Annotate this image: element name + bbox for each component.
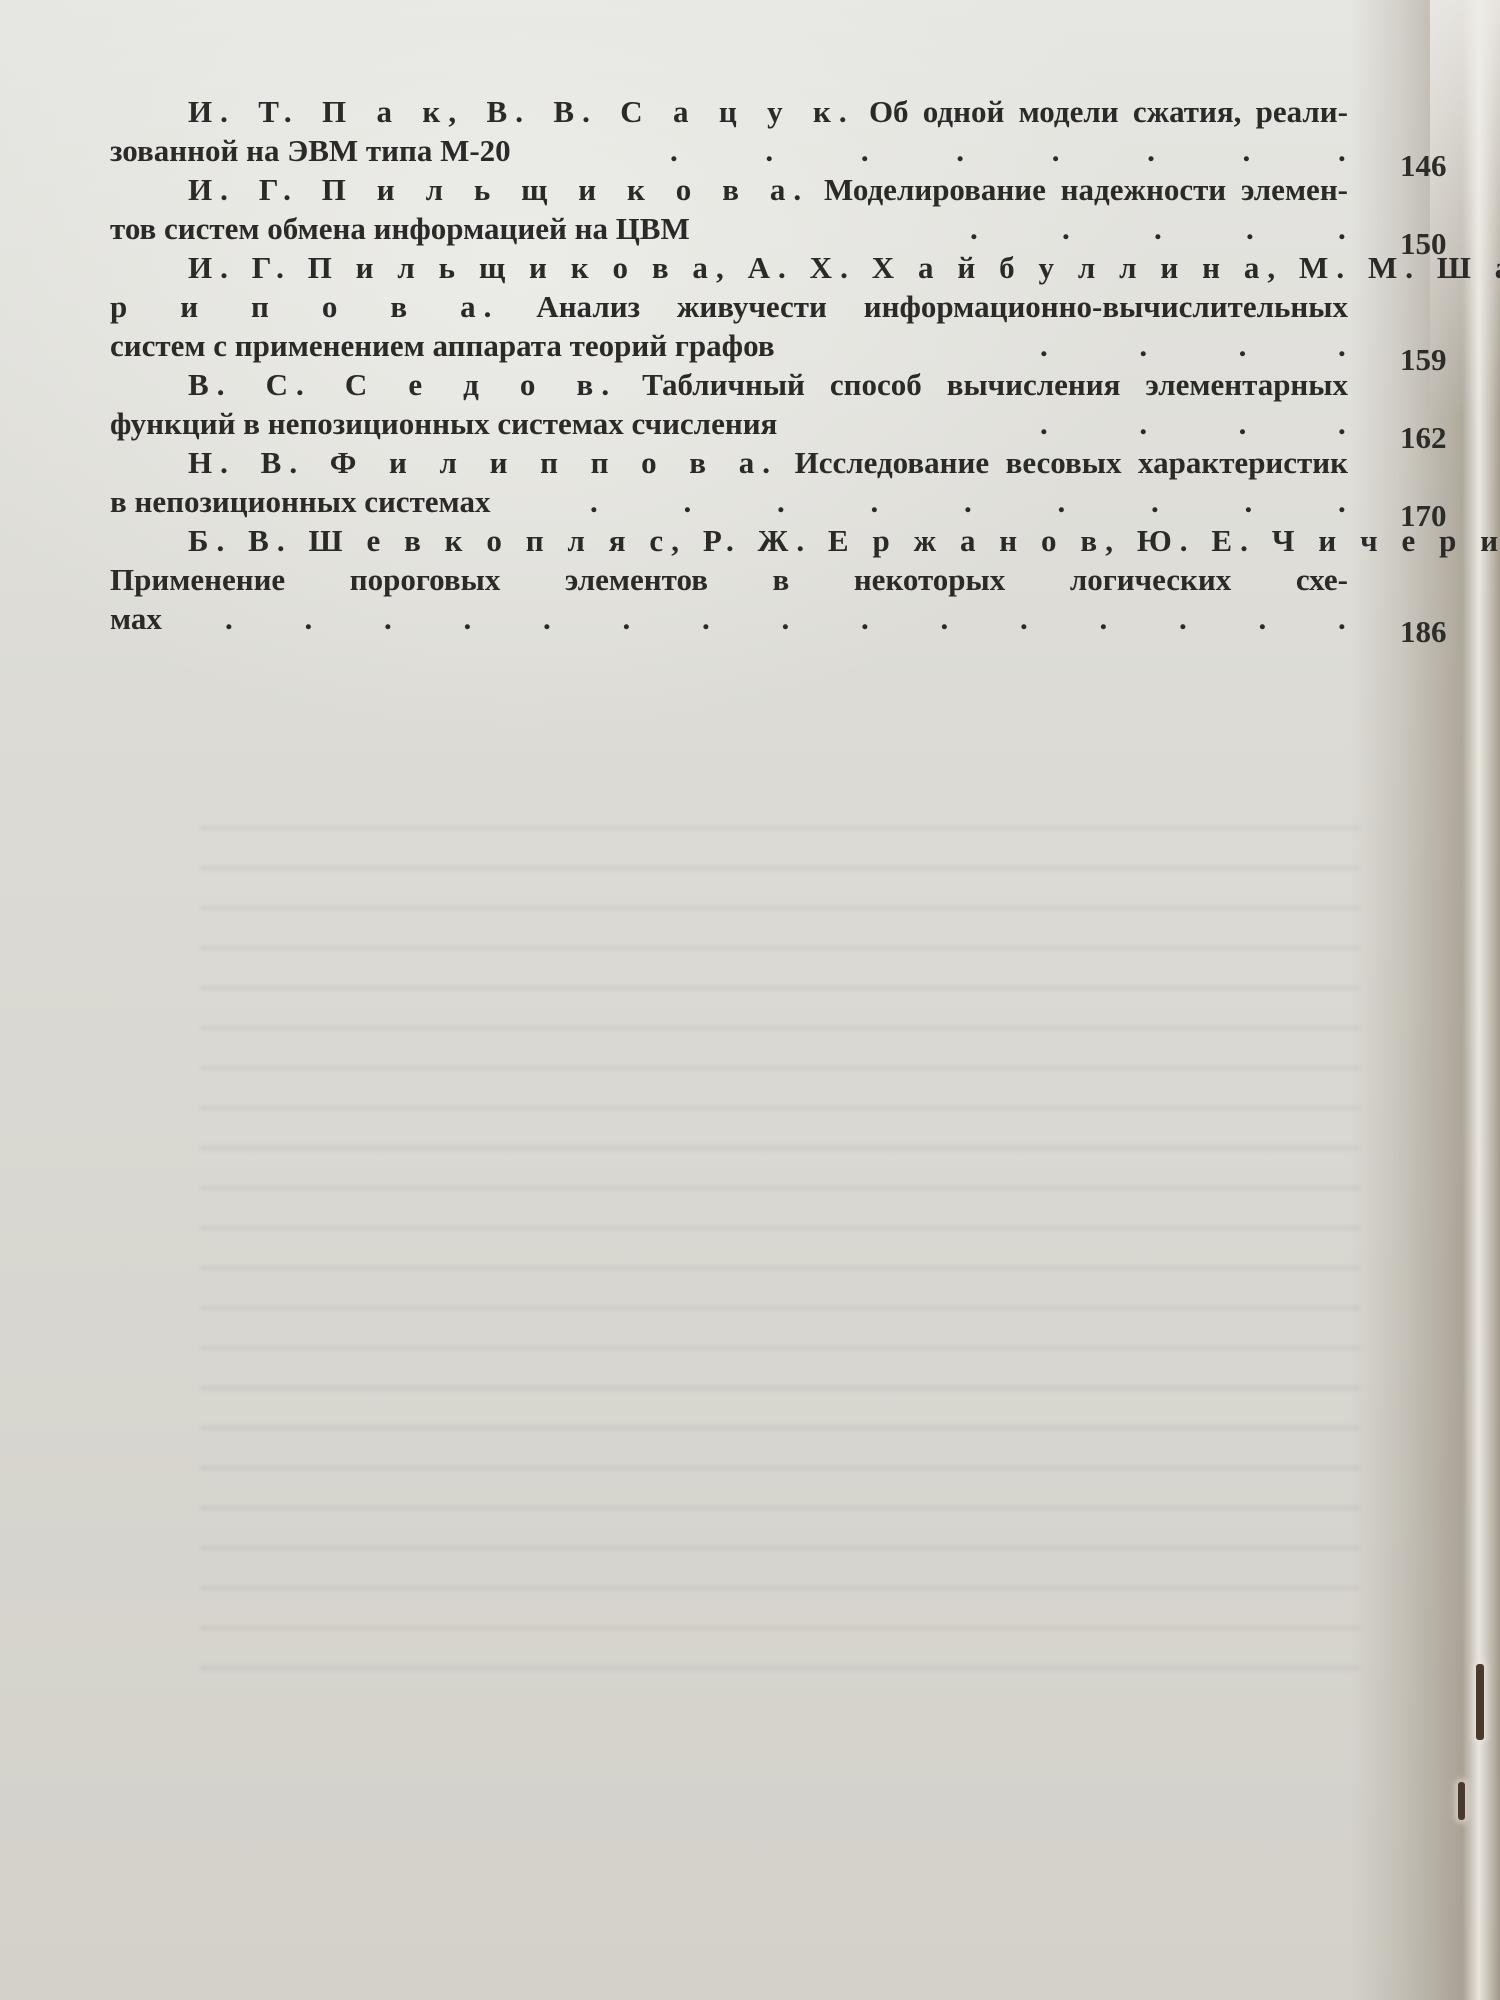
toc-entry-authors: И. Г. П и л ь щ и к о в а, А. Х. Х а й б…	[188, 250, 1500, 285]
dot-leader: ....	[1040, 404, 1348, 443]
book-page: И. Т. П а к, В. В. С а ц у к. Об одной м…	[0, 0, 1500, 2000]
toc-entry-title: Исследование весовых характеристик	[778, 445, 1348, 480]
toc-entry-line: И. Г. П и л ь щ и к о в а, А. Х. Х а й б…	[110, 248, 1348, 287]
toc-entry-title: мах	[110, 601, 162, 636]
dot-leader: ....	[1040, 326, 1348, 365]
toc-entry-authors: В. С. С е д о в.	[188, 367, 617, 402]
toc-entry-authors: Б. В. Ш е в к о п л я с, Р. Ж. Е р ж а н…	[188, 523, 1500, 558]
toc-entry-title: зованной на ЭВМ типа М-20	[110, 133, 511, 168]
toc-entry-title: в непозиционных системах	[110, 484, 490, 519]
toc-page-number: 159	[1400, 342, 1447, 378]
toc-entry-title: Применение пороговых элементов в некотор…	[110, 562, 1348, 597]
toc-entry-line: Н. В. Ф и л и п п о в а. Исследование ве…	[110, 443, 1348, 482]
toc-entry-line: р и п о в а. Анализ живучести информацио…	[110, 287, 1348, 326]
toc-entry-line: И. Т. П а к, В. В. С а ц у к. Об одной м…	[110, 92, 1348, 131]
toc-entry[interactable]: Б. В. Ш е в к о п л я с, Р. Ж. Е р ж а н…	[110, 521, 1350, 638]
toc-entry-title: функций в непозиционных системах счислен…	[110, 406, 777, 441]
toc-entry-line: систем с применением аппарата теорий гра…	[110, 326, 1348, 365]
toc-entry-line: зованной на ЭВМ типа М-20........	[110, 131, 1348, 170]
toc-entry-authors: Н. В. Ф и л и п п о в а.	[188, 445, 778, 480]
dot-leader: ........	[670, 131, 1348, 170]
toc-page-number: 162	[1400, 420, 1447, 456]
toc-page-number: 186	[1400, 614, 1447, 650]
toc-entry[interactable]: И. Т. П а к, В. В. С а ц у к. Об одной м…	[110, 92, 1350, 170]
toc-entry[interactable]: В. С. С е д о в. Табличный способ вычисл…	[110, 365, 1350, 443]
staple-icon	[1476, 1664, 1484, 1740]
toc-page-number: 170	[1400, 498, 1447, 534]
staple-icon	[1458, 1782, 1465, 1820]
toc-entry-title: Моделирование надежности элемен-	[809, 172, 1348, 207]
toc-entry-line: Применение пороговых элементов в некотор…	[110, 560, 1348, 599]
toc-entry-title: систем с применением аппарата теорий гра…	[110, 328, 775, 363]
toc-entry[interactable]: И. Г. П и л ь щ и к о в а, А. Х. Х а й б…	[110, 248, 1350, 365]
dot-leader: .....	[970, 209, 1348, 248]
show-through-text	[200, 800, 1360, 1700]
toc-entry-line: в непозиционных системах.........	[110, 482, 1348, 521]
toc-entry[interactable]: И. Г. П и л ь щ и к о в а. Моделирование…	[110, 170, 1350, 248]
toc-page-number: 146	[1400, 148, 1447, 184]
dot-leader: ...............	[225, 599, 1348, 638]
toc-entry-title: Анализ живучести информационно-вычислите…	[499, 289, 1348, 324]
toc-entry-line: мах...............	[110, 599, 1348, 638]
toc-entry-line: В. С. С е д о в. Табличный способ вычисл…	[110, 365, 1348, 404]
toc-entry-line: Б. В. Ш е в к о п л я с, Р. Ж. Е р ж а н…	[110, 521, 1348, 560]
toc-page-number: 150	[1400, 226, 1447, 262]
toc-entry-authors: р и п о в а.	[110, 289, 499, 324]
toc-entry-authors: И. Г. П и л ь щ и к о в а.	[188, 172, 809, 207]
toc-entry-title: тов систем обмена информацией на ЦВМ	[110, 211, 690, 246]
toc-entry-line: И. Г. П и л ь щ и к о в а. Моделирование…	[110, 170, 1348, 209]
toc-entry-title: Табличный способ вычисления элементарных	[617, 367, 1348, 402]
toc-entry-authors: И. Т. П а к, В. В. С а ц у к.	[188, 94, 855, 129]
toc-entry[interactable]: Н. В. Ф и л и п п о в а. Исследование ве…	[110, 443, 1350, 521]
toc-entry-line: функций в непозиционных системах счислен…	[110, 404, 1348, 443]
toc-entry-line: тов систем обмена информацией на ЦВМ....…	[110, 209, 1348, 248]
toc-entry-title: Об одной модели сжатия, реали-	[855, 94, 1348, 129]
dot-leader: .........	[590, 482, 1348, 521]
table-of-contents: И. Т. П а к, В. В. С а ц у к. Об одной м…	[110, 92, 1350, 638]
